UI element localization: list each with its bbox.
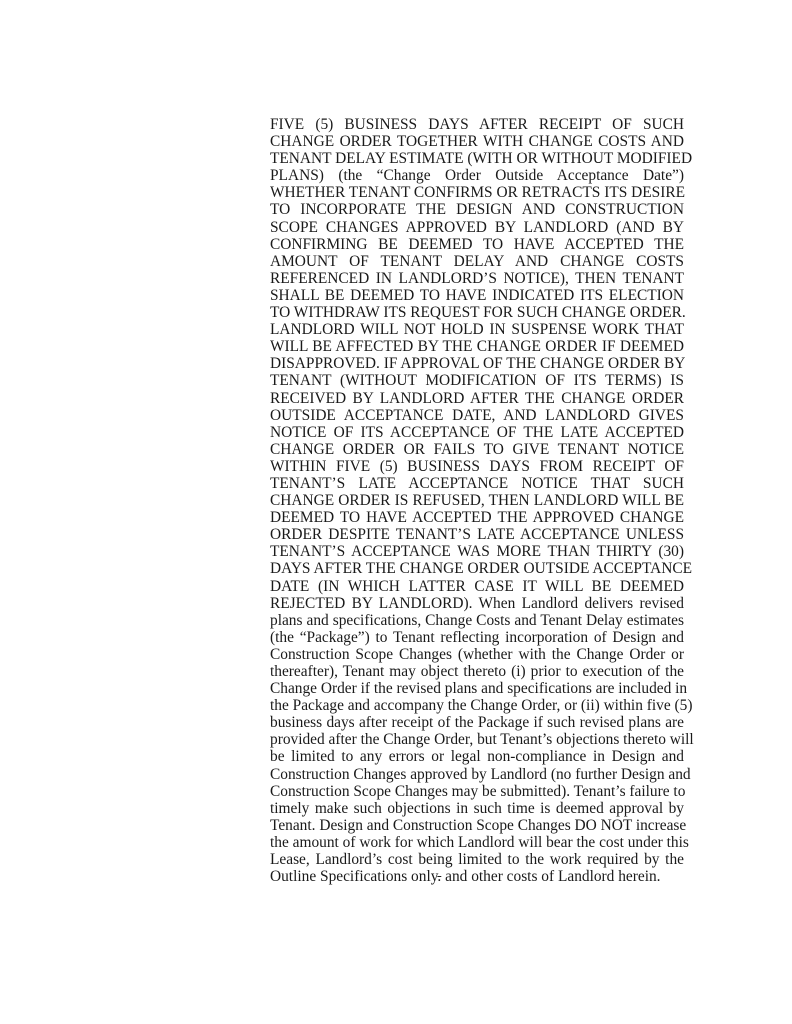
text-line: OUTSIDE ACCEPTANCE DATE, AND LANDLORD GI…: [270, 407, 684, 424]
text-line: (the “Package”) to Tenant reflecting inc…: [270, 629, 684, 646]
final-line-text: Outline Specifications only: [270, 868, 437, 885]
text-line: AMOUNT OF TENANT DELAY AND CHANGE COSTS: [270, 253, 684, 270]
final-line-insertion: and other costs of Landlord herein.: [441, 868, 660, 885]
text-line: the amount of work for which Landlord wi…: [270, 834, 684, 851]
text-line: CHANGE ORDER IS REFUSED, THEN LANDLORD W…: [270, 492, 684, 509]
text-line: Change Order if the revised plans and sp…: [270, 680, 684, 697]
text-line: TENANT’S LATE ACCEPTANCE NOTICE THAT SUC…: [270, 475, 684, 492]
text-line: Construction Scope Changes (whether with…: [270, 646, 684, 663]
text-line: FIVE (5) BUSINESS DAYS AFTER RECEIPT OF …: [270, 116, 684, 133]
text-line: LANDLORD WILL NOT HOLD IN SUSPENSE WORK …: [270, 321, 684, 338]
text-line: WITHIN FIVE (5) BUSINESS DAYS FROM RECEI…: [270, 458, 684, 475]
text-line: be limited to any errors or legal non-co…: [270, 748, 684, 765]
text-line: TENANT DELAY ESTIMATE (WITH OR WITHOUT M…: [270, 150, 684, 167]
text-line: CONFIRMING BE DEEMED TO HAVE ACCEPTED TH…: [270, 236, 684, 253]
text-line: TENANT’S ACCEPTANCE WAS MORE THAN THIRTY…: [270, 543, 684, 560]
text-line: business days after receipt of the Packa…: [270, 714, 684, 731]
document-page: FIVE (5) BUSINESS DAYS AFTER RECEIPT OF …: [0, 0, 792, 1024]
text-line: plans and specifications, Change Costs a…: [270, 612, 684, 629]
text-line: DEEMED TO HAVE ACCEPTED THE APPROVED CHA…: [270, 509, 684, 526]
text-line: DISAPPROVED. IF APPROVAL OF THE CHANGE O…: [270, 355, 684, 372]
text-line: ORDER DESPITE TENANT’S LATE ACCEPTANCE U…: [270, 526, 684, 543]
lease-clause-paragraph: FIVE (5) BUSINESS DAYS AFTER RECEIPT OF …: [270, 116, 684, 885]
text-line: SHALL BE DEEMED TO HAVE INDICATED ITS EL…: [270, 287, 684, 304]
text-line: DATE (IN WHICH LATTER CASE IT WILL BE DE…: [270, 578, 684, 595]
text-line: DAYS AFTER THE CHANGE ORDER OUTSIDE ACCE…: [270, 560, 684, 577]
text-line: CHANGE ORDER OR FAILS TO GIVE TENANT NOT…: [270, 441, 684, 458]
text-line: TENANT (WITHOUT MODIFICATION OF ITS TERM…: [270, 372, 684, 389]
text-line: Lease, Landlord’s cost being limited to …: [270, 851, 684, 868]
text-line: WILL BE AFFECTED BY THE CHANGE ORDER IF …: [270, 338, 684, 355]
text-line: Tenant. Design and Construction Scope Ch…: [270, 817, 684, 834]
text-line: NOTICE OF ITS ACCEPTANCE OF THE LATE ACC…: [270, 424, 684, 441]
text-line: CHANGE ORDER TOGETHER WITH CHANGE COSTS …: [270, 133, 684, 150]
text-line: PLANS) (the “Change Order Outside Accept…: [270, 167, 684, 184]
text-line: timely make such objections in such time…: [270, 800, 684, 817]
text-line: REJECTED BY LANDLORD). When Landlord del…: [270, 595, 684, 612]
text-line: thereafter), Tenant may object thereto (…: [270, 663, 684, 680]
text-line: Construction Scope Changes may be submit…: [270, 783, 684, 800]
text-line: Construction Changes approved by Landlor…: [270, 766, 684, 783]
text-line: TO WITHDRAW ITS REQUEST FOR SUCH CHANGE …: [270, 304, 684, 321]
text-line: SCOPE CHANGES APPROVED BY LANDLORD (AND …: [270, 219, 684, 236]
text-line: provided after the Change Order, but Ten…: [270, 731, 684, 748]
text-line-final: Outline Specifications only. and other c…: [270, 868, 684, 885]
text-line: the Package and accompany the Change Ord…: [270, 697, 684, 714]
text-line: RECEIVED BY LANDLORD AFTER THE CHANGE OR…: [270, 390, 684, 407]
text-line: TO INCORPORATE THE DESIGN AND CONSTRUCTI…: [270, 201, 684, 218]
text-line: REFERENCED IN LANDLORD’S NOTICE), THEN T…: [270, 270, 684, 287]
text-line: WHETHER TENANT CONFIRMS OR RETRACTS ITS …: [270, 184, 684, 201]
